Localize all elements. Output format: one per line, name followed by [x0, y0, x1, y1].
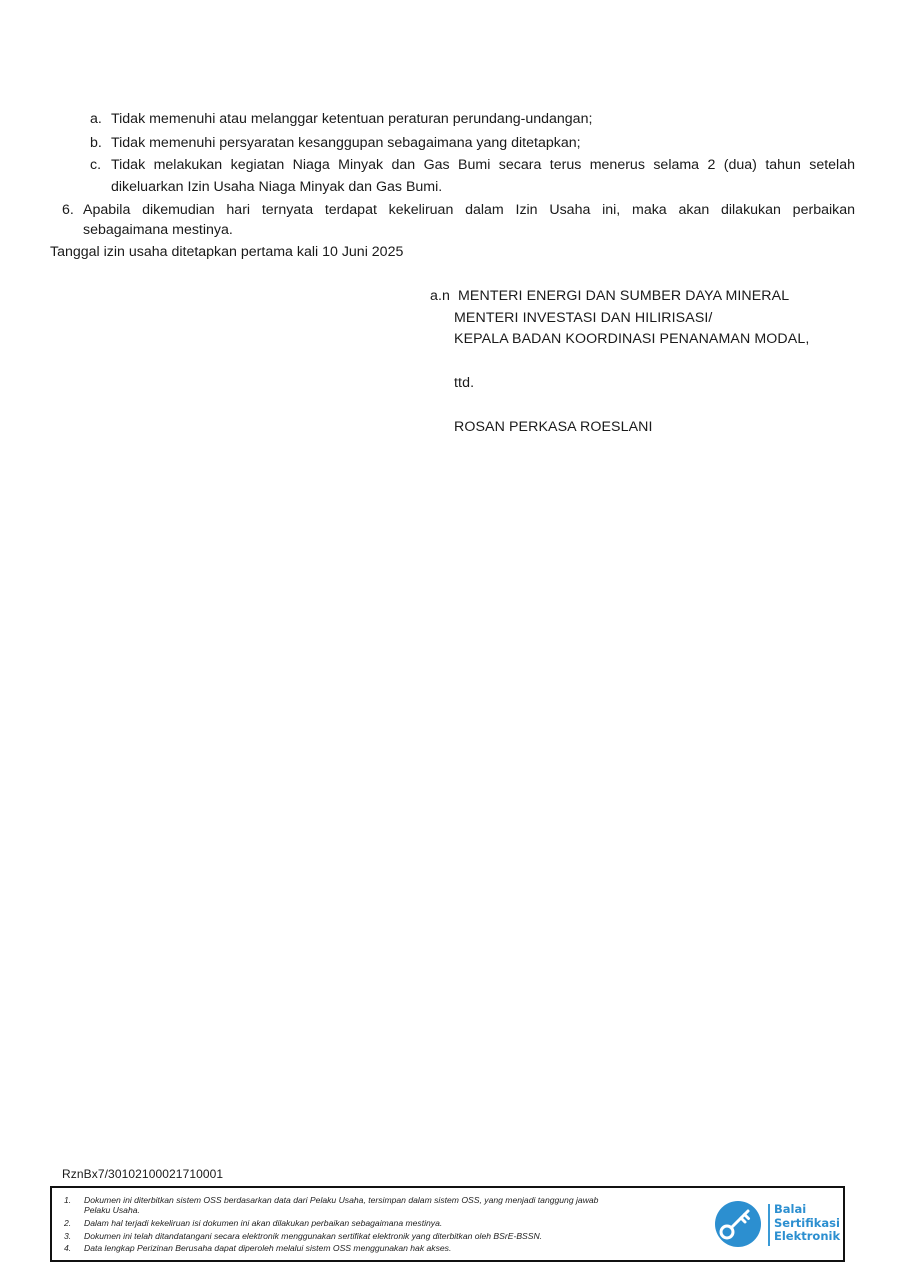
issue-date-text: Tanggal izin usaha ditetapkan pertama ka… [50, 242, 403, 262]
note-2-number: 2. [64, 1218, 71, 1228]
point-6-text-line1: Apabila dikemudian hari ternyata terdapa… [83, 200, 855, 220]
note-3-line1: Dokumen ini telah ditandatangani secara … [84, 1231, 542, 1241]
signature-title-line1: MENTERI ENERGI DAN SUMBER DAYA MINERAL [458, 286, 789, 306]
note-1-line1: Dokumen ini diterbitkan sistem OSS berda… [84, 1195, 598, 1205]
list-marker-a: a. [90, 109, 102, 129]
point-6-marker: 6. [62, 200, 74, 220]
on-behalf-prefix: a.n [430, 286, 450, 306]
bse-logo-text: Balai Sertifikasi Elektronik [774, 1203, 840, 1244]
bse-logo: Balai Sertifikasi Elektronik [714, 1198, 844, 1250]
signed-mark: ttd. [454, 373, 474, 393]
note-1-number: 1. [64, 1195, 71, 1205]
logo-text-line3: Elektronik [774, 1230, 840, 1244]
document-page: a. Tidak memenuhi atau melanggar ketentu… [0, 0, 905, 1280]
logo-text-line2: Sertifikasi [774, 1217, 840, 1231]
list-item-c-text-line2: dikeluarkan Izin Usaha Niaga Minyak dan … [111, 177, 442, 197]
point-6-text-line2: sebagaimana mestinya. [83, 220, 233, 240]
signature-title-line3: KEPALA BADAN KOORDINASI PENANAMAN MODAL, [454, 329, 809, 349]
key-icon [714, 1200, 762, 1248]
signer-name: ROSAN PERKASA ROESLANI [454, 417, 653, 437]
list-item-b-text: Tidak memenuhi persyaratan kesanggupan s… [111, 133, 581, 153]
note-2-line1: Dalam hal terjadi kekeliruan isi dokumen… [84, 1218, 442, 1228]
document-id: RznBx7/30102100021710001 [62, 1166, 223, 1182]
signature-title-line2: MENTERI INVESTASI DAN HILIRISASI/ [454, 308, 712, 328]
note-4-line1: Data lengkap Perizinan Berusaha dapat di… [84, 1243, 451, 1253]
list-item-c-text-line1: Tidak melakukan kegiatan Niaga Minyak da… [111, 155, 855, 175]
list-marker-c: c. [90, 155, 101, 175]
logo-divider [768, 1204, 770, 1246]
note-3-number: 3. [64, 1231, 71, 1241]
logo-text-line1: Balai [774, 1203, 840, 1217]
list-item-a-text: Tidak memenuhi atau melanggar ketentuan … [111, 109, 592, 129]
list-marker-b: b. [90, 133, 102, 153]
note-1-line2: Pelaku Usaha. [84, 1205, 140, 1215]
note-4-number: 4. [64, 1243, 71, 1253]
